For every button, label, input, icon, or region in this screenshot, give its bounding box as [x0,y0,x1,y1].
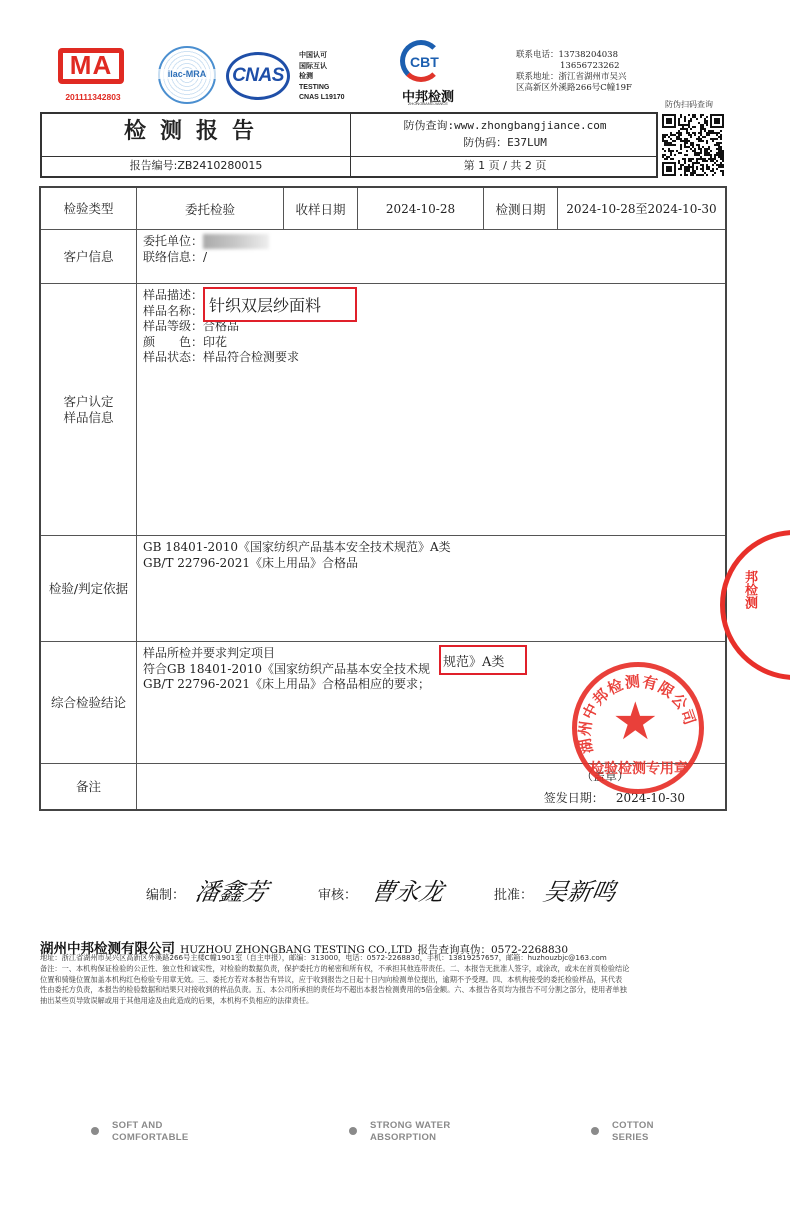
conclusion-highlight: 规范》A类 [439,645,527,675]
reviewed-label: 审核： [318,884,357,903]
conclusion-highlight-text: 规范》A类 [443,651,504,670]
cnas-info-line: 检测 [299,72,345,83]
prepared-signature: 潘鑫芳 [193,872,271,907]
phone-label: 联系电话： [516,50,559,60]
official-seal: ★ 湖州中邦检测有限公司 检验检测专用章 [572,662,704,794]
sample-name-label: 样品名称： [143,304,203,318]
row-basis: 检验/判定依据 GB 18401-2010《国家纺织产品基本安全技术规范》A类 … [41,536,725,642]
row-customer-info: 客户信息 委托单位： 联络信息：/ [41,230,725,284]
cnas-info: 中国认可 国际互认 检测 TESTING CNAS L19170 [299,51,345,104]
bullet-icon [91,1127,99,1135]
test-date-label: 检测日期 [484,188,558,229]
cbt-logo: CBT 中邦检测 ZHONGBANGJIANCE [396,40,460,104]
contact-info-label: 联络信息： [143,250,203,264]
anti-fake-query: 防伪查询:www.zhongbangjiance.com [352,117,658,134]
basis-label: 检验/判定依据 [41,536,137,641]
feature-line: SOFT AND [112,1120,188,1132]
cnas-logo-text: CNAS [226,65,290,87]
feature-cotton: COTTON SERIES [612,1120,654,1144]
sample-info-label-line1: 客户认定 [63,394,113,410]
customer-info-label: 客户信息 [41,230,137,283]
phone-1: 13738204038 [559,50,619,60]
page-indicator: 第 1 页 / 共 2 页 [352,157,658,178]
test-date-value: 2024-10-28至2024-10-30 [558,188,725,229]
entrust-unit-redacted [203,234,269,249]
inspection-type-label: 检验类型 [41,188,137,229]
qr-caption: 防伪扫码查询 [665,99,713,110]
row-sample-info: 客户认定样品信息 样品描述：针织印花面料 样品名称： 样品等级：合格品 颜 色：… [41,284,725,536]
sample-state-value: 样品符合检测要求 [203,350,299,364]
bullet-icon [591,1127,599,1135]
bullet-icon [349,1127,357,1135]
sample-info-label-line2: 样品信息 [63,410,113,426]
approved-signature: 吴新鸣 [541,872,619,907]
qr-code-icon[interactable] [660,112,726,178]
basis-line: GB/T 22796-2021《床上用品》合格品 [143,556,719,572]
cma-logo: MA 201111342803 [58,48,128,106]
feature-absorption: STRONG WATER ABSORPTION [370,1120,450,1144]
sample-info-label: 客户认定样品信息 [41,284,137,535]
conclusion-label: 综合检验结论 [41,642,137,763]
contact-info-value: / [203,250,207,264]
row-inspection-type: 检验类型 委托检验 收样日期 2024-10-28 检测日期 2024-10-2… [41,188,725,230]
sample-grade-label: 样品等级： [143,319,203,333]
conclusion-line: 样品所检并要求判定项目 [143,646,719,662]
sample-color-value: 印花 [203,335,227,349]
address-line2: 区高新区外溪路266号C幢19F [516,83,632,94]
feature-line: STRONG WATER [370,1120,450,1132]
cnas-info-line: TESTING [299,83,345,94]
fine-print-line: 抽出某些页导致误解或用于其他用途及由此造成的后果，本机构不负相应的法律责任。 [40,996,780,1007]
prepared-label: 编制： [146,884,185,903]
received-date-value: 2024-10-28 [358,188,484,229]
cnas-info-line: 中国认可 [299,51,345,62]
fine-print-line: 地址：浙江省湖州市吴兴区高新区外溪路266号主楼C幢1901室（自主申报），邮编… [40,953,780,964]
contact-info: 联系电话：13738204038 13656723262 联系地址：浙江省湖州市… [516,50,632,94]
sample-name-highlight: 针织双层纱面料 [203,287,357,322]
reviewed-signature: 曹永龙 [369,872,447,907]
ilac-logo-text: ilac-MRA [158,69,216,79]
sample-desc-label: 样品描述： [143,288,203,302]
feature-line: ABSORPTION [370,1132,450,1144]
fine-print-line: 性由委托方负责，本报告的检验数据和结果只对接收到的样品负责。五、本公司所承担的责… [40,985,780,996]
cross-page-seal: 邦检测 [716,530,790,680]
fine-print: 地址：浙江省湖州市吴兴区高新区外溪路266号主楼C幢1901室（自主申报），邮编… [40,953,780,1007]
report-number: 报告编号:ZB2410280015 [42,157,351,178]
fine-print-line: 位置和骑缝位置加盖本机构红色检验专用章无效。三、委托方若对本报告有异议，应于收到… [40,975,780,986]
report-title: 检测报告 [42,114,351,156]
feature-line: COMFORTABLE [112,1132,188,1144]
feature-line: COTTON [612,1120,654,1132]
sample-name-value: 针织双层纱面料 [209,293,321,316]
svg-text:湖州中邦检测有限公司: 湖州中邦检测有限公司 [575,672,699,755]
seal-purpose: 检验检测专用章 [590,758,688,778]
cnas-logo: CNAS [226,52,290,100]
inspection-type-value: 委托检验 [137,188,284,229]
cross-seal-text: 邦检测 [740,570,759,609]
phone-2: 13656723262 [560,61,620,71]
cma-cert-number: 201111342803 [58,92,128,102]
sample-state-label: 样品状态： [143,350,203,364]
feature-line: SERIES [612,1132,654,1144]
feature-soft: SOFT AND COMFORTABLE [112,1120,188,1144]
cma-logo-text: MA [58,50,124,81]
title-block: 检测报告 防伪查询:www.zhongbangjiance.com 防伪码：E3… [40,112,658,178]
cbt-logo-text: CBT [410,54,439,70]
basis-line: GB 18401-2010《国家纺织产品基本安全技术规范》A类 [143,540,719,556]
entrust-unit-label: 委托单位： [143,234,203,248]
address-label: 联系地址： [516,72,559,82]
received-date-label: 收样日期 [284,188,358,229]
address-line1: 浙江省湖州市吴兴 [559,72,627,82]
fine-print-line: 备注：一、本机构保证检验的公正性、独立性和诚实性，对检验的数据负责，保护委托方的… [40,964,780,975]
ilac-mra-logo: ilac-MRA [158,46,216,104]
approved-label: 批准： [494,884,533,903]
cnas-info-line: 国际互认 [299,62,345,73]
cnas-info-line: CNAS L19170 [299,93,345,104]
cbt-name-en: ZHONGBANGJIANCE [396,101,460,106]
sample-color-label: 颜 色： [143,335,203,349]
remarks-label: 备注 [41,764,137,809]
anti-fake-code: 防伪码：E37LUM [352,134,658,151]
